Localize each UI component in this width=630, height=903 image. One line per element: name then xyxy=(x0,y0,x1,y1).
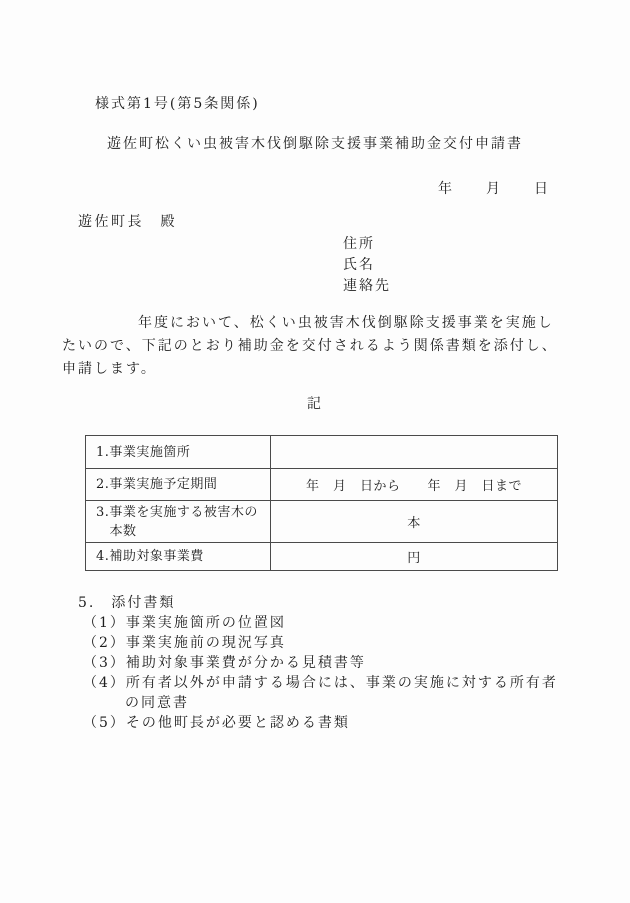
body-paragraph: 年度において、松くい虫被害木伐倒駆除支援事業を実施し たいので、下記のとおり補助… xyxy=(62,312,570,381)
attachment-item-estimate: （3）補助対象事業費が分かる見積書等 xyxy=(83,653,575,673)
row-label: 2.事業実施予定期間 xyxy=(86,469,271,501)
table-row-project-location: 1.事業実施箇所 xyxy=(86,436,558,469)
date-line: 年 月 日 xyxy=(438,179,550,199)
document-title: 遊佐町松くい虫被害木伐倒駆除支援事業補助金交付申請書 xyxy=(0,134,630,154)
row-value-tree-count-field: 本 xyxy=(271,501,558,543)
attachments-heading: 5. 添付書類 xyxy=(78,593,175,613)
application-form-page: 様式第1号(第5条関係) 遊佐町松くい虫被害木伐倒駆除支援事業補助金交付申請書 … xyxy=(0,0,630,903)
addressee-line: 遊佐町長 殿 xyxy=(78,212,177,232)
table-row-damaged-tree-count: 3.事業を実施する被害木の 本数 本 xyxy=(86,501,558,543)
table-row-project-period: 2.事業実施予定期間 年 月 日から 年 月 日まで xyxy=(86,469,558,501)
row-label: 3.事業を実施する被害木の 本数 xyxy=(86,501,271,543)
row-label: 1.事業実施箇所 xyxy=(86,436,271,469)
attachment-item-other-documents: （5）その他町長が必要と認める書類 xyxy=(83,713,575,733)
attachment-item-photos: （2）事業実施前の現況写真 xyxy=(83,633,575,653)
form-number: 様式第1号(第5条関係) xyxy=(95,94,260,114)
application-table: 1.事業実施箇所 2.事業実施予定期間 年 月 日から 年 月 日まで 3.事業… xyxy=(85,435,558,571)
table-row-subsidy-cost: 4.補助対象事業費 円 xyxy=(86,543,558,571)
row-value-cost-field: 円 xyxy=(271,543,558,571)
applicant-block: 住所 氏名 連絡先 xyxy=(343,234,391,297)
applicant-contact-label: 連絡先 xyxy=(343,276,391,297)
attachment-item-location-map: （1）事業実施箇所の位置図 xyxy=(83,613,575,633)
record-marker: 記 xyxy=(0,394,630,414)
applicant-name-label: 氏名 xyxy=(343,255,391,276)
attachments-list: （1）事業実施箇所の位置図 （2）事業実施前の現況写真 （3）補助対象事業費が分… xyxy=(83,613,575,733)
row-label: 4.補助対象事業費 xyxy=(86,543,271,571)
applicant-address-label: 住所 xyxy=(343,234,391,255)
row-value-date-range-field: 年 月 日から 年 月 日まで xyxy=(271,469,558,501)
row-value-blank-field xyxy=(271,436,558,469)
attachment-item-owner-consent: （4）所有者以外が申請する場合には、事業の実施に対する所有者 の同意書 xyxy=(83,673,575,713)
